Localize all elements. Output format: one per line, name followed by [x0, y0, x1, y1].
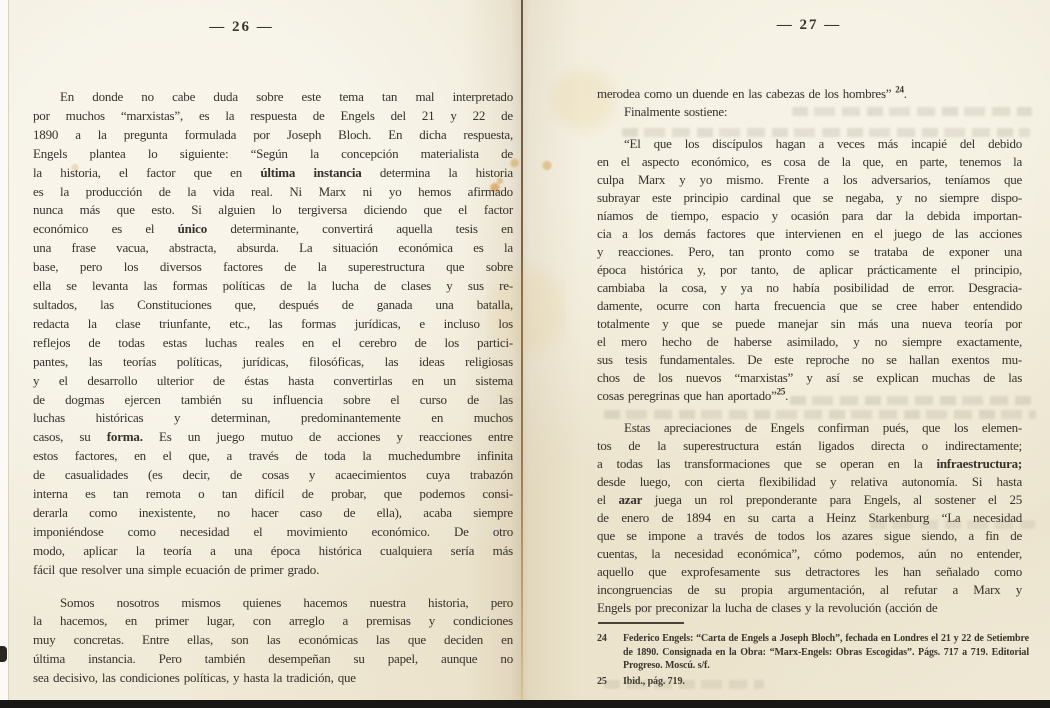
text-line: Estas apreciaciones de Engels confirman …	[597, 419, 1022, 437]
text-line: aquello que exprofesamente sus detractor…	[597, 563, 1022, 581]
paragraph: En donde no cabe duda sobre este tema ta…	[33, 88, 513, 580]
text-line: cambiaba la cosa, y ya no había posibili…	[597, 279, 1022, 297]
footnote-marker: 25	[597, 675, 623, 689]
text-line: última instancia. Pero también desempeña…	[33, 650, 513, 669]
text-line: culpa Marx y yo mismo. Frente a los adve…	[597, 171, 1022, 189]
text-line: Somos nosotros mismos quienes hacemos nu…	[33, 594, 513, 613]
text-line: sus tesis fundamentales. De este reproch…	[597, 351, 1022, 369]
text-line: 1890 a la pregunta formulada por Joseph …	[33, 126, 513, 145]
text-line: totalmente y que se puede manejar sin má…	[597, 315, 1022, 333]
text-line: chos de los nuevos “marxistas” y así se …	[597, 369, 1022, 387]
text-line: y reacciones. Pero, tan pronto como se t…	[597, 243, 1022, 261]
footnote: 24Federico Engels: “Carta de Engels a Jo…	[597, 632, 1029, 673]
text-line: Finalmente sostiene:	[597, 103, 1022, 121]
text-line: base, pero los diversos factores de la s…	[33, 258, 513, 277]
footnotes: 24Federico Engels: “Carta de Engels a Jo…	[597, 632, 1029, 690]
text-line: reflejos de todas estas luchas reales en…	[33, 334, 513, 353]
paragraph: “El que los discípulos hagan a veces más…	[597, 135, 1022, 405]
text-line: damente, ocurre con harta frecuencia que…	[597, 297, 1022, 315]
text-line: de enero de 1894 en su carta a Heinz Sta…	[597, 509, 1022, 527]
text-line: por muchos “marxistas”, es la respuesta …	[33, 107, 513, 126]
page-number-left: — 26 —	[33, 19, 450, 36]
text-line: época histórica y, por tanto, de aplicar…	[597, 261, 1022, 279]
text-line: Engels plantea lo siguiente: “Según la c…	[33, 145, 513, 164]
text-line: la historia, el factor que en última ins…	[33, 164, 513, 183]
page-gutter-line	[521, 0, 523, 700]
text-line: desde luego, con cierta flexibilidad y r…	[597, 473, 1022, 491]
paragraph: Somos nosotros mismos quienes hacemos nu…	[33, 594, 513, 689]
text-line: sea decisivo, las condiciones políticas,…	[33, 669, 513, 688]
text-line: nunca más que esto. Si alguien lo tergiv…	[33, 201, 513, 220]
foxing-spot	[541, 160, 553, 171]
footnote-rule	[598, 622, 684, 624]
paragraph: Finalmente sostiene:	[597, 103, 1022, 121]
page-27-text: merodea como un duende en las cabezas de…	[597, 85, 1022, 617]
text-line: pantes, las teorías políticas, jurídicas…	[33, 353, 513, 372]
book-scan: — 26 — En donde no cabe duda sobre este …	[0, 0, 1050, 708]
text-line: luchas históricas y determinan, predomin…	[33, 409, 513, 428]
text-line: En donde no cabe duda sobre este tema ta…	[33, 88, 513, 107]
text-line: cosas peregrinas que han aportado”25.	[597, 387, 1022, 405]
text-line: Engels por preconizar la lucha de clases…	[597, 599, 1022, 617]
text-line: merodea como un duende en las cabezas de…	[597, 85, 1022, 103]
text-line: níamos de tiempo, espacio y ocasión para…	[597, 207, 1022, 225]
text-line: que se impone a través de todos los azar…	[597, 527, 1022, 545]
text-line: es la producción de la vida real. Ni Mar…	[33, 183, 513, 202]
page-26-text: En donde no cabe duda sobre este tema ta…	[33, 88, 513, 688]
footnote: 25Ibid., pág. 719.	[597, 675, 1029, 689]
text-line: muy concretas. Entre ellas, son las econ…	[33, 631, 513, 650]
scanner-edge	[0, 0, 9, 708]
footnote-text: Ibid., pág. 719.	[623, 675, 1029, 689]
text-line: incongruencias de su propia argumentació…	[597, 581, 1022, 599]
text-line: derarla como inexistente, no hacer caso …	[33, 504, 513, 523]
footnote-text: Federico Engels: “Carta de Engels a Jose…	[623, 632, 1029, 673]
text-line: imponiéndose como necesidad el movimient…	[33, 523, 513, 542]
text-line: estos factores, en el que, a través de t…	[33, 447, 513, 466]
text-line: y el desarrollo ulterior de éstas hasta …	[33, 372, 513, 391]
text-line: cuentas, la necesidad económica”, cómo p…	[597, 545, 1022, 563]
text-line: una frase vacua, abstracta, absurda. La …	[33, 239, 513, 258]
text-line: la hacemos, en primer lugar, con arreglo…	[33, 612, 513, 631]
paragraph: merodea como un duende en las cabezas de…	[597, 85, 1022, 103]
text-line: de casualidades (es decir, de cosas y ac…	[33, 466, 513, 485]
text-line: a todas las transformaciones que se oper…	[597, 455, 1022, 473]
text-line: interna es tan remota o tan difícil de p…	[33, 485, 513, 504]
text-line: fácil que resolver una simple ecuación d…	[33, 561, 513, 580]
text-line: el mero hecho de haberse asimilado, y no…	[597, 333, 1022, 351]
paragraph: Estas apreciaciones de Engels confirman …	[597, 419, 1022, 617]
text-line: cia a los demás factores que intervienen…	[597, 225, 1022, 243]
text-line: económico es el único determinante, conv…	[33, 220, 513, 239]
text-line: el azar juega un rol preponderante para …	[597, 491, 1022, 509]
text-line: en el aspecto económico, es cosa de la q…	[597, 153, 1022, 171]
text-line: redacta la clase triunfante, etc., las f…	[33, 315, 513, 334]
text-line: casos, su forma. Es un juego mutuo de ac…	[33, 428, 513, 447]
text-line: de dogmas ejercen también su influencia …	[33, 391, 513, 410]
text-line: tos de la superestructura están ligados …	[597, 437, 1022, 455]
text-line: “El que los discípulos hagan a veces más…	[597, 135, 1022, 153]
text-line: subrayar este principio cardinal que se …	[597, 189, 1022, 207]
page-number-right: — 27 —	[597, 17, 1021, 34]
text-line: modo, aplicar la teoría a una época hist…	[33, 542, 513, 561]
text-line: sultados, las Constituciones que, despué…	[33, 296, 513, 315]
footnote-marker: 24	[597, 632, 623, 673]
scan-edge-bottom	[0, 700, 1050, 708]
scan-artifact	[0, 646, 7, 662]
text-line: ella se levanta las formas políticas de …	[33, 277, 513, 296]
